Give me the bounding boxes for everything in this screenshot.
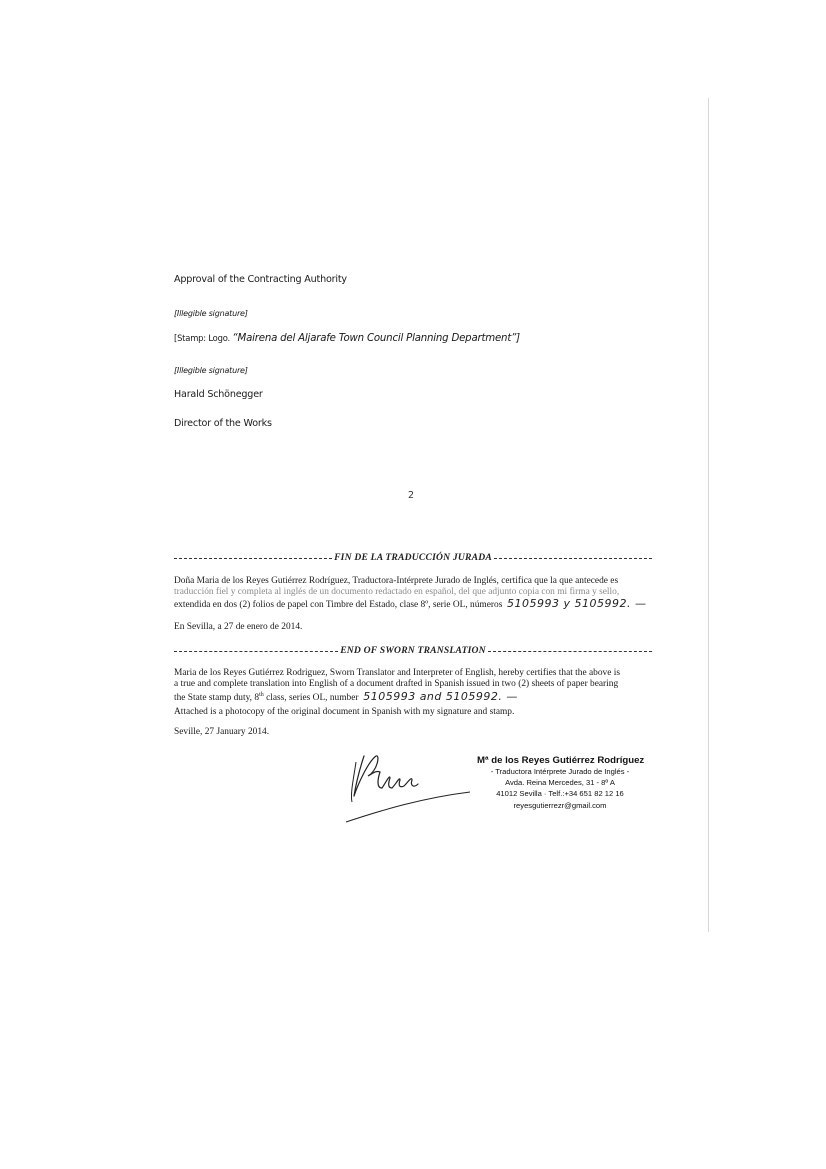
- english-line-3a: the State stamp duty, 8: [174, 694, 259, 704]
- stamp-email: reyesgutierrezr@gmail.com: [470, 800, 650, 811]
- divider-dash-left: [174, 558, 332, 559]
- spanish-line-3-text: extendida en dos (2) folios de papel con…: [174, 600, 502, 610]
- stamp-name: Mª de los Reyes Gutiérrez Rodríguez: [477, 755, 650, 766]
- divider-dash-right: [494, 558, 652, 559]
- approval-heading: Approval of the Contracting Authority: [174, 274, 347, 285]
- divider-title: FIN DE LA TRADUCCIÓN JURADA: [332, 552, 494, 563]
- english-line-3: the State stamp duty, 8th class, series …: [174, 690, 654, 704]
- divider-title: END OF SWORN TRANSLATION: [338, 645, 488, 656]
- divider-end-sworn-translation: END OF SWORN TRANSLATION: [174, 645, 652, 656]
- page-edge-line: [708, 98, 709, 932]
- stamp-title: - Traductora Intérprete Jurado de Inglés…: [470, 766, 650, 777]
- illegible-signature-2: [Illegible signature]: [174, 366, 248, 375]
- handwritten-signature: [342, 748, 482, 828]
- signatory-name: Harald Schönegger: [174, 389, 263, 400]
- spanish-date: En Sevilla, a 27 de enero de 2014.: [174, 622, 654, 633]
- english-line-3b: class, series OL, number: [264, 694, 359, 704]
- spanish-line-1: Doña Maria de los Reyes Gutiérrez Rodríg…: [174, 576, 654, 587]
- spanish-line-3: extendida en dos (2) folios de papel con…: [174, 598, 654, 611]
- spanish-certification: Doña Maria de los Reyes Gutiérrez Rodríg…: [174, 576, 654, 612]
- stamp-prefix: [Stamp: Logo.: [174, 333, 232, 343]
- stamp-quote: “Mairena del Aljarafe Town Council Plann…: [232, 333, 520, 344]
- page-number: 2: [408, 490, 414, 501]
- stamp-address: Avda. Reina Mercedes, 31 - 8º A: [470, 777, 650, 788]
- english-date: Seville, 27 January 2014.: [174, 727, 654, 738]
- divider-fin-traduccion: FIN DE LA TRADUCCIÓN JURADA: [174, 552, 652, 563]
- divider-dash-right: [488, 651, 652, 652]
- attached-note: Attached is a photocopy of the original …: [174, 707, 654, 718]
- stamp-note: [Stamp: Logo. “Mairena del Aljarafe Town…: [174, 333, 520, 344]
- divider-dash-left: [174, 651, 338, 652]
- signatory-role: Director of the Works: [174, 418, 272, 429]
- english-line-1: Maria de los Reyes Gutiérrez Rodriguez, …: [174, 668, 654, 679]
- illegible-signature-1: [Illegible signature]: [174, 309, 248, 318]
- handwritten-numbers-es: 5105993 y 5105992. —: [507, 597, 646, 610]
- translator-stamp: Mª de los Reyes Gutiérrez Rodríguez - Tr…: [470, 755, 650, 811]
- stamp-city-phone: 41012 Sevilla · Telf.:+34 651 82 12 16: [470, 788, 650, 799]
- english-certification: Maria de los Reyes Gutiérrez Rodriguez, …: [174, 668, 654, 705]
- handwritten-numbers-en: 5105993 and 5105992. —: [363, 691, 518, 704]
- english-line-2: a true and complete translation into Eng…: [174, 679, 654, 690]
